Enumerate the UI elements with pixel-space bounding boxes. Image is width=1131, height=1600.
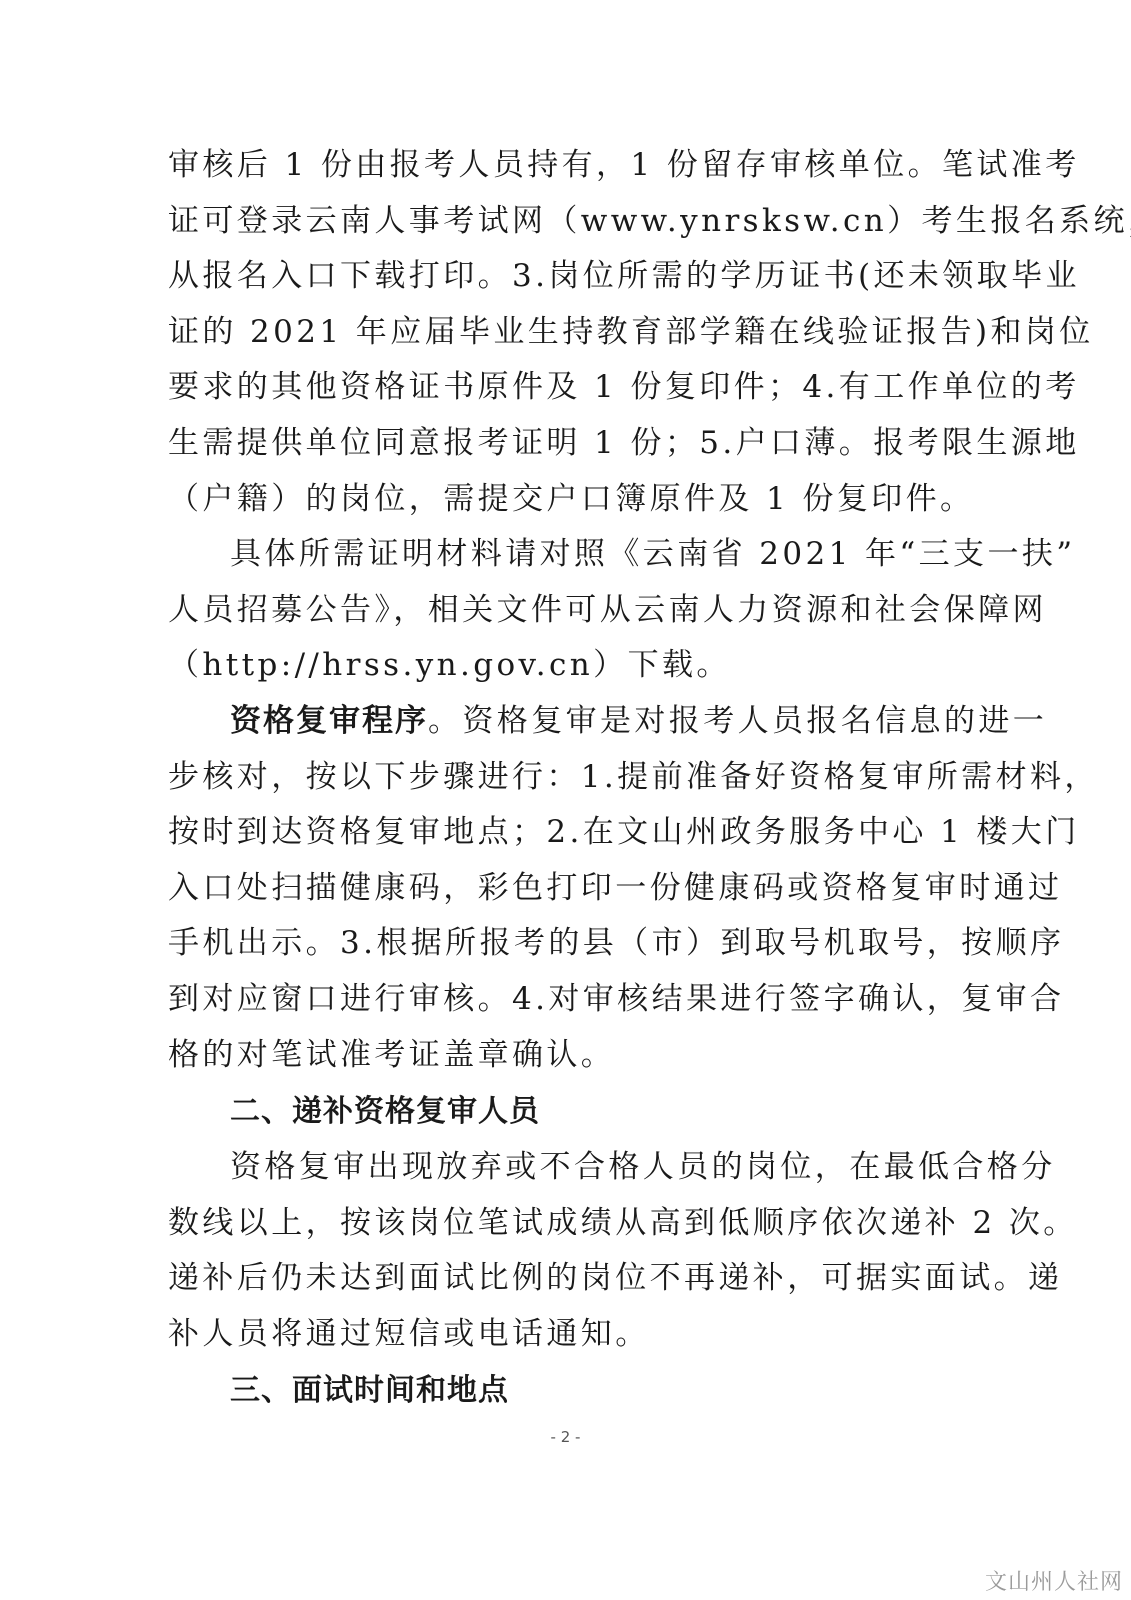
text-span: 。资格复审是对报考人员报名信息的进一 bbox=[428, 703, 1047, 739]
watermark: 文山州人社网 bbox=[985, 1565, 1123, 1596]
text-line: 证可登录云南人事考试网（www.ynrsksw.cn）考生报名系统， bbox=[168, 194, 944, 250]
section-heading-interview-time-place: 三、面试时间和地点 bbox=[168, 1362, 944, 1419]
text-line: （户籍）的岗位，需提交户口簿原件及 1 份复印件。 bbox=[168, 472, 944, 528]
body-text: 审核后 1 份由报考人员持有，1 份留存审核单位。笔试准考 证可登录云南人事考试… bbox=[168, 138, 944, 1419]
document-page: 审核后 1 份由报考人员持有，1 份留存审核单位。笔试准考 证可登录云南人事考试… bbox=[0, 0, 1131, 1600]
text-line: 从报名入口下载打印。3.岗位所需的学历证书(还未领取毕业 bbox=[168, 249, 944, 305]
text-line: 入口处扫描健康码，彩色打印一份健康码或资格复审时通过 bbox=[168, 861, 944, 917]
text-line: 资格复审程序。资格复审是对报考人员报名信息的进一 bbox=[168, 694, 944, 750]
text-line: 手机出示。3.根据所报考的县（市）到取号机取号，按顺序 bbox=[168, 916, 944, 972]
text-line: （http://hrss.yn.gov.cn）下载。 bbox=[168, 638, 944, 694]
text-line: 按时到达资格复审地点；2.在文山州政务服务中心 1 楼大门 bbox=[168, 805, 944, 861]
text-line: 生需提供单位同意报考证明 1 份；5.户口薄。报考限生源地 bbox=[168, 416, 944, 472]
text-line: 步核对，按以下步骤进行：1.提前准备好资格复审所需材料， bbox=[168, 750, 944, 806]
text-line: 递补后仍未达到面试比例的岗位不再递补，可据实面试。递 bbox=[168, 1251, 944, 1307]
text-line: 人员招募公告》，相关文件可从云南人力资源和社会保障网 bbox=[168, 583, 944, 639]
text-line: 审核后 1 份由报考人员持有，1 份留存审核单位。笔试准考 bbox=[168, 138, 944, 194]
paragraph-review-procedure: 资格复审程序。资格复审是对报考人员报名信息的进一 步核对，按以下步骤进行：1.提… bbox=[168, 694, 944, 1083]
paragraph-substitution-rules: 资格复审出现放弃或不合格人员的岗位，在最低合格分 数线以上，按该岗位笔试成绩从高… bbox=[168, 1140, 944, 1362]
review-procedure-label: 资格复审程序 bbox=[230, 703, 428, 739]
text-line: 资格复审出现放弃或不合格人员的岗位，在最低合格分 bbox=[168, 1140, 944, 1196]
paragraph-required-materials: 审核后 1 份由报考人员持有，1 份留存审核单位。笔试准考 证可登录云南人事考试… bbox=[168, 138, 944, 527]
text-line: 证的 2021 年应届毕业生持教育部学籍在线验证报告)和岗位 bbox=[168, 305, 944, 361]
section-heading-substitute-reviewers: 二、递补资格复审人员 bbox=[168, 1083, 944, 1140]
text-line: 到对应窗口进行审核。4.对审核结果进行签字确认，复审合 bbox=[168, 972, 944, 1028]
text-line: 要求的其他资格证书原件及 1 份复印件；4.有工作单位的考 bbox=[168, 360, 944, 416]
text-line: 数线以上，按该岗位笔试成绩从高到低顺序依次递补 2 次。 bbox=[168, 1196, 944, 1252]
paragraph-reference-documents: 具体所需证明材料请对照《云南省 2021 年“三支一扶” 人员招募公告》，相关文… bbox=[168, 527, 944, 694]
text-line: 补人员将通过短信或电话通知。 bbox=[168, 1307, 944, 1363]
text-line: 格的对笔试准考证盖章确认。 bbox=[168, 1028, 944, 1084]
page-number: - 2 - bbox=[0, 1428, 1131, 1446]
text-line: 具体所需证明材料请对照《云南省 2021 年“三支一扶” bbox=[168, 527, 944, 583]
